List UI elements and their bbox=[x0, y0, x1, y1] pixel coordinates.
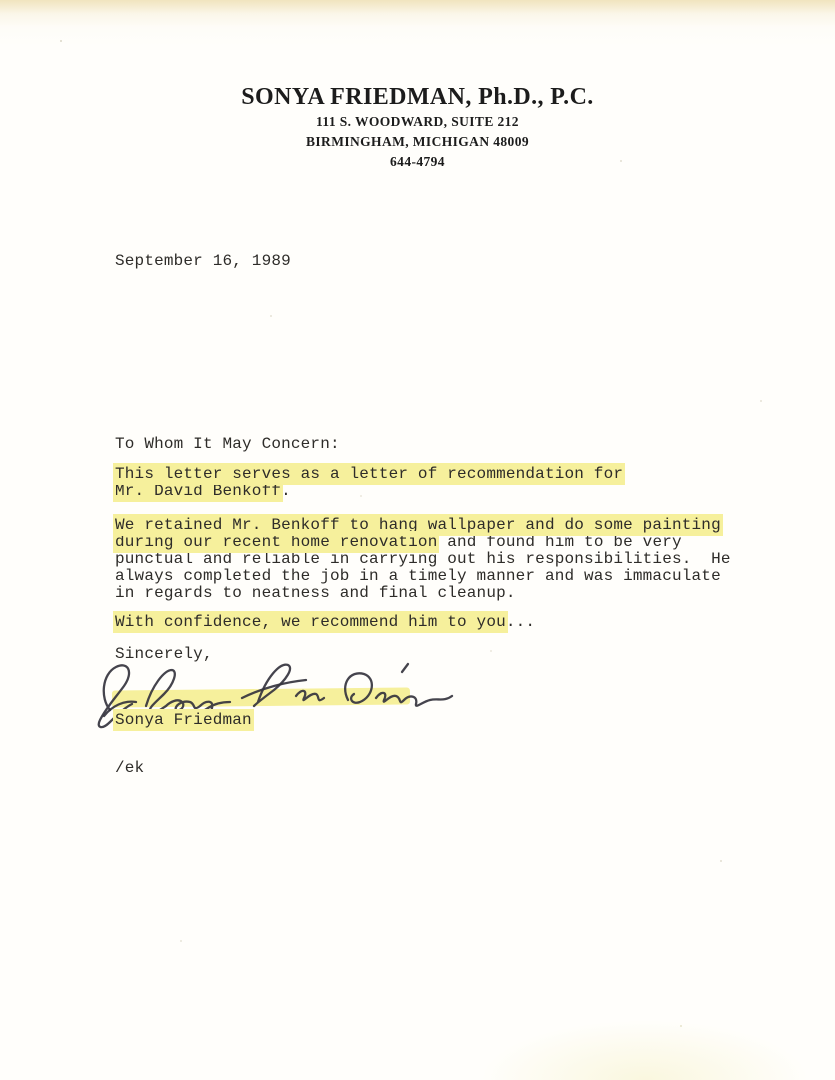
highlighted-text: With confidence, we recommend him to you bbox=[115, 613, 506, 631]
body-text: . bbox=[281, 482, 291, 500]
letter-date: September 16, 1989 bbox=[115, 253, 291, 270]
body-line: always completed the job in a timely man… bbox=[115, 568, 731, 585]
typist-initials: /ek bbox=[115, 760, 144, 777]
paragraph-details: We retained Mr. Benkoff to hang wallpape… bbox=[115, 517, 731, 602]
body-line: during our recent home renovation and fo… bbox=[115, 534, 731, 551]
paper-speckles bbox=[60, 40, 62, 42]
paragraph-recommendation: This letter serves as a letter of recomm… bbox=[115, 466, 623, 500]
letterhead-address-line1: 111 S. WOODWARD, SUITE 212 bbox=[0, 112, 835, 131]
body-text: and found him to be very bbox=[437, 533, 681, 551]
body-line: This letter serves as a letter of recomm… bbox=[115, 466, 623, 483]
letterhead-address-line2: BIRMINGHAM, MICHIGAN 48009 bbox=[0, 132, 835, 151]
body-line: in regards to neatness and final cleanup… bbox=[115, 585, 731, 602]
letterhead-name: SONYA FRIEDMAN, Ph.D., P.C. bbox=[0, 84, 835, 111]
body-line: punctual and reliable in carrying out hi… bbox=[115, 551, 731, 568]
salutation: To Whom It May Concern: bbox=[115, 436, 340, 453]
paper-top-tint bbox=[0, 0, 835, 46]
highlighted-text: during our recent home renovation bbox=[115, 533, 437, 551]
body-line: We retained Mr. Benkoff to hang wallpape… bbox=[115, 517, 731, 534]
highlighted-text: This letter serves as a letter of recomm… bbox=[115, 465, 623, 483]
highlighted-text: Mr. David Benkoff bbox=[115, 482, 281, 500]
body-line: Mr. David Benkoff. bbox=[115, 483, 623, 500]
highlighted-text: Sonya Friedman bbox=[115, 711, 252, 729]
body-text: ... bbox=[506, 613, 535, 631]
body-line: With confidence, we recommend him to you… bbox=[115, 614, 535, 631]
highlighted-text: We retained Mr. Benkoff to hang wallpape… bbox=[115, 516, 721, 534]
typed-signature-name: Sonya Friedman bbox=[115, 712, 252, 729]
letterhead: SONYA FRIEDMAN, Ph.D., P.C. 111 S. WOODW… bbox=[0, 84, 835, 171]
paper-bottom-tint bbox=[480, 1020, 810, 1080]
letterhead-phone: 644-4794 bbox=[0, 152, 835, 171]
paragraph-endorsement: With confidence, we recommend him to you… bbox=[115, 614, 535, 631]
letter-page: SONYA FRIEDMAN, Ph.D., P.C. 111 S. WOODW… bbox=[0, 0, 835, 1080]
